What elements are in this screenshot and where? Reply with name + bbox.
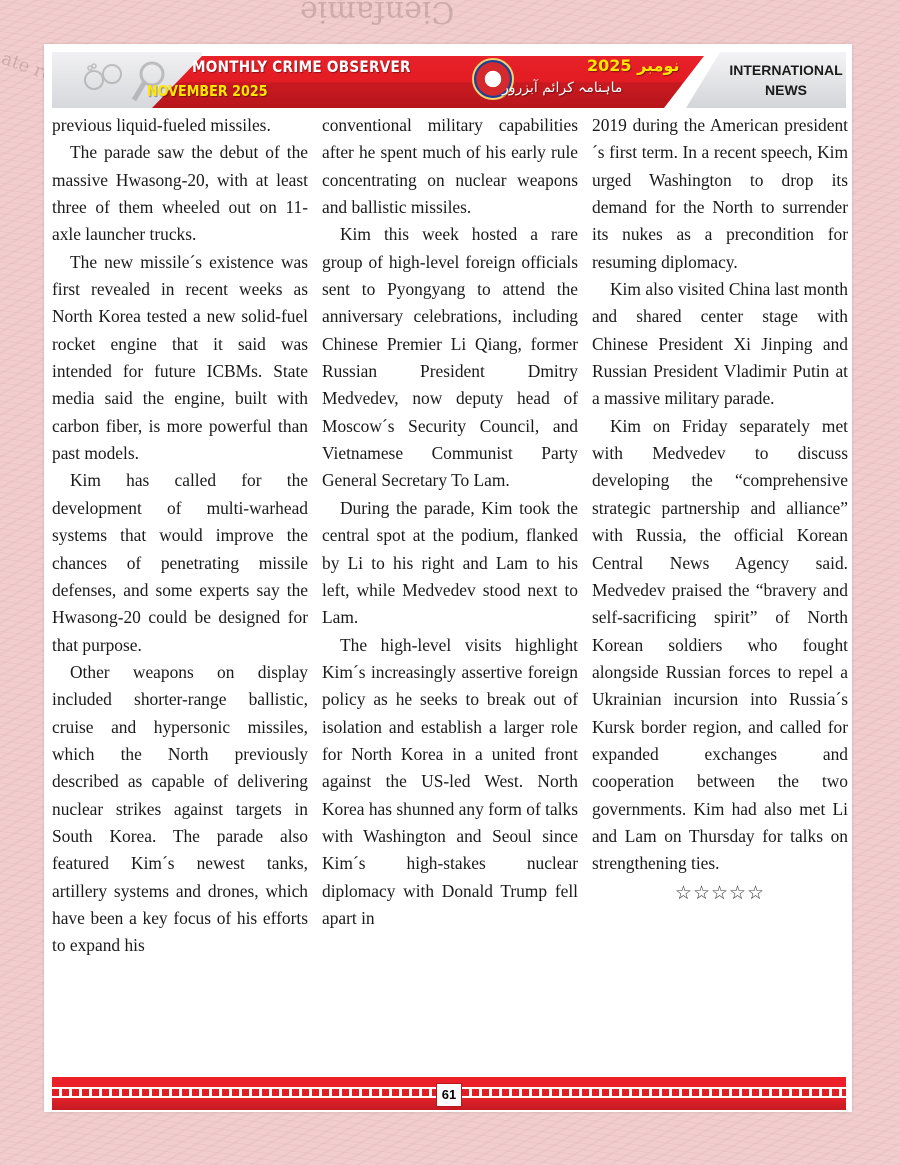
- paragraph: Other weapons on display included shorte…: [52, 659, 308, 960]
- end-of-article-stars-icon: ☆☆☆☆☆: [592, 880, 848, 907]
- paragraph: Kim this week hosted a rare group of hig…: [322, 221, 578, 494]
- paragraph: previous liquid-fueled missiles.: [52, 112, 308, 139]
- magazine-title: MONTHLY CRIME OBSERVER: [192, 57, 411, 76]
- handcuffs-icon: [82, 60, 128, 96]
- paragraph: During the parade, Kim took the central …: [322, 495, 578, 632]
- section-label-line1: INTERNATIONAL: [726, 60, 846, 80]
- paragraph: 2019 during the American president´s fir…: [592, 112, 848, 276]
- page-header: MONTHLY CRIME OBSERVER NOVEMBER 2025 نوم…: [52, 52, 846, 108]
- page-footer: 61: [52, 1077, 846, 1110]
- section-label: INTERNATIONAL NEWS: [726, 60, 846, 100]
- magazine-title-urdu: ماہنامہ کرائم آبزرور: [502, 80, 622, 96]
- paragraph: Kim has called for the development of mu…: [52, 467, 308, 658]
- section-label-line2: NEWS: [726, 80, 846, 100]
- paragraph: Kim on Friday separately met with Medved…: [592, 413, 848, 878]
- paragraph: The high-level visits highlight Kim´s in…: [322, 632, 578, 933]
- issue-date-urdu: نومبر 2025: [587, 56, 680, 75]
- issue-date: NOVEMBER 2025: [147, 82, 268, 100]
- paragraph: The new missile´s existence was first re…: [52, 249, 308, 468]
- article-body: previous liquid-fueled missiles. The par…: [52, 112, 848, 1072]
- background-decoration: Cienfamie: [300, 0, 454, 29]
- article-column-2: conventional military capabilities after…: [322, 112, 578, 1072]
- page-number: 61: [436, 1083, 462, 1107]
- magazine-page: MONTHLY CRIME OBSERVER NOVEMBER 2025 نوم…: [44, 44, 852, 1112]
- article-column-1: previous liquid-fueled missiles. The par…: [52, 112, 308, 1072]
- paragraph: The parade saw the debut of the massive …: [52, 139, 308, 248]
- article-column-3: 2019 during the American president´s fir…: [592, 112, 848, 1072]
- paragraph: conventional military capabilities after…: [322, 112, 578, 221]
- paragraph: Kim also visited China last month and sh…: [592, 276, 848, 413]
